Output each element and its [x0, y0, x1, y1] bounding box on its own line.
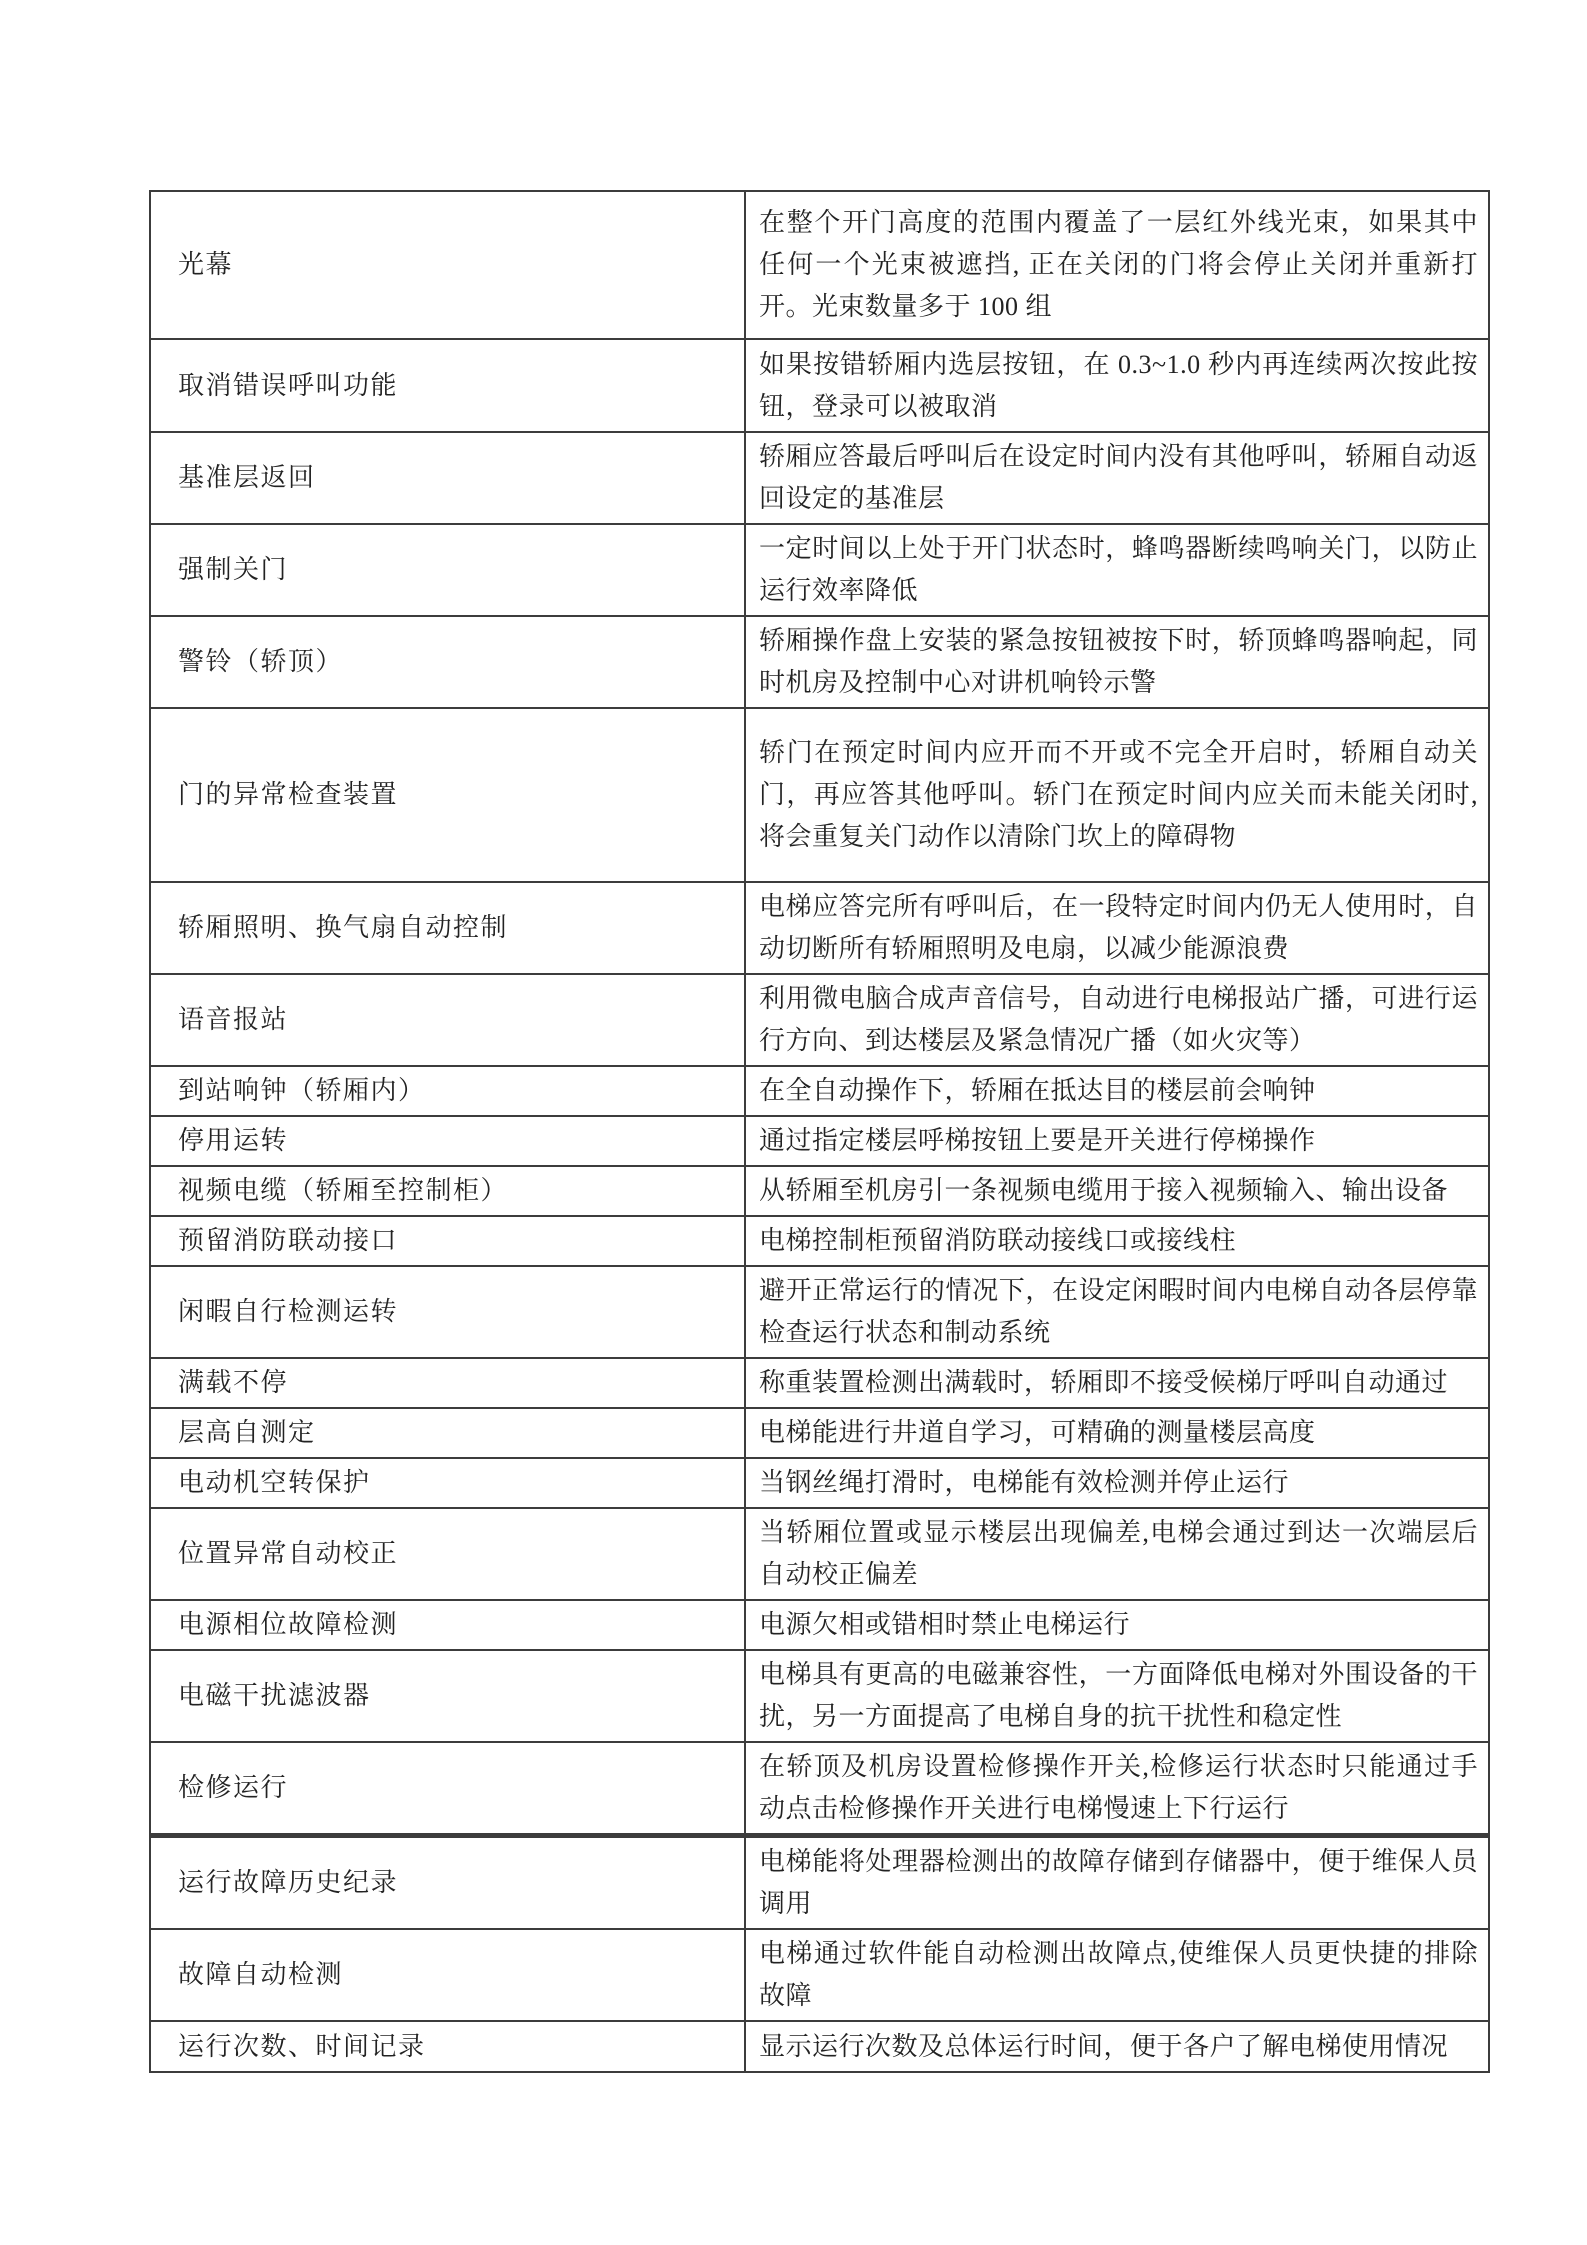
- feature-name-cell: 故障自动检测: [150, 1929, 745, 2021]
- table-row: 层高自测定电梯能进行井道自学习，可精确的测量楼层高度: [150, 1408, 1489, 1458]
- feature-description-cell: 如果按错轿厢内选层按钮，在 0.3~1.0 秒内再连续两次按此按钮，登录可以被取…: [745, 339, 1489, 432]
- feature-description-cell: 从轿厢至机房引一条视频电缆用于接入视频输入、输出设备: [745, 1166, 1489, 1216]
- feature-description-cell: 一定时间以上处于开门状态时，蜂鸣器断续鸣响关门，以防止运行效率降低: [745, 524, 1489, 616]
- table-row: 电源相位故障检测电源欠相或错相时禁止电梯运行: [150, 1600, 1489, 1650]
- feature-name-cell: 语音报站: [150, 974, 745, 1066]
- feature-name-cell: 门的异常检查装置: [150, 708, 745, 882]
- feature-name-cell: 轿厢照明、换气扇自动控制: [150, 882, 745, 974]
- table-row: 轿厢照明、换气扇自动控制电梯应答完所有呼叫后，在一段特定时间内仍无人使用时，自动…: [150, 882, 1489, 974]
- feature-description-cell: 避开正常运行的情况下，在设定闲暇时间内电梯自动各层停靠检查运行状态和制动系统: [745, 1266, 1489, 1358]
- feature-name-cell: 检修运行: [150, 1742, 745, 1836]
- feature-description-cell: 在全自动操作下，轿厢在抵达目的楼层前会响钟: [745, 1066, 1489, 1116]
- feature-name-cell: 电动机空转保护: [150, 1458, 745, 1508]
- feature-description-cell: 电梯通过软件能自动检测出故障点,使维保人员更快捷的排除故障: [745, 1929, 1489, 2021]
- feature-name-cell: 电磁干扰滤波器: [150, 1650, 745, 1742]
- feature-name-cell: 到站响钟（轿厢内）: [150, 1066, 745, 1116]
- feature-name-cell: 警铃（轿顶）: [150, 616, 745, 708]
- table-row: 运行故障历史纪录电梯能将处理器检测出的故障存储到存储器中，便于维保人员调用: [150, 1836, 1489, 1930]
- feature-name-cell: 满载不停: [150, 1358, 745, 1408]
- feature-description-cell: 利用微电脑合成声音信号，自动进行电梯报站广播，可进行运行方向、到达楼层及紧急情况…: [745, 974, 1489, 1066]
- table-row: 到站响钟（轿厢内）在全自动操作下，轿厢在抵达目的楼层前会响钟: [150, 1066, 1489, 1116]
- table-row: 基准层返回轿厢应答最后呼叫后在设定时间内没有其他呼叫，轿厢自动返回设定的基准层: [150, 432, 1489, 524]
- feature-description-cell: 轿厢应答最后呼叫后在设定时间内没有其他呼叫，轿厢自动返回设定的基准层: [745, 432, 1489, 524]
- feature-description-cell: 在整个开门高度的范围内覆盖了一层红外线光束，如果其中 任何一个光束被遮挡, 正在…: [745, 191, 1489, 339]
- document-page: 光幕在整个开门高度的范围内覆盖了一层红外线光束，如果其中 任何一个光束被遮挡, …: [0, 0, 1587, 2245]
- feature-name-cell: 光幕: [150, 191, 745, 339]
- feature-description-cell: 电梯具有更高的电磁兼容性，一方面降低电梯对外围设备的干扰，另一方面提高了电梯自身…: [745, 1650, 1489, 1742]
- feature-name-cell: 层高自测定: [150, 1408, 745, 1458]
- feature-description-cell: 电梯能进行井道自学习，可精确的测量楼层高度: [745, 1408, 1489, 1458]
- table-row: 故障自动检测电梯通过软件能自动检测出故障点,使维保人员更快捷的排除故障: [150, 1929, 1489, 2021]
- feature-description-cell: 当钢丝绳打滑时，电梯能有效检测并停止运行: [745, 1458, 1489, 1508]
- feature-description-cell: 轿厢操作盘上安装的紧急按钮被按下时，轿顶蜂鸣器响起，同时机房及控制中心对讲机响铃…: [745, 616, 1489, 708]
- table-row: 电磁干扰滤波器电梯具有更高的电磁兼容性，一方面降低电梯对外围设备的干扰，另一方面…: [150, 1650, 1489, 1742]
- feature-description-cell: 称重装置检测出满载时，轿厢即不接受候梯厅呼叫自动通过: [745, 1358, 1489, 1408]
- table-row: 光幕在整个开门高度的范围内覆盖了一层红外线光束，如果其中 任何一个光束被遮挡, …: [150, 191, 1489, 339]
- feature-description-cell: 在轿顶及机房设置检修操作开关,检修运行状态时只能通过手动点击检修操作开关进行电梯…: [745, 1742, 1489, 1836]
- table-row: 取消错误呼叫功能如果按错轿厢内选层按钮，在 0.3~1.0 秒内再连续两次按此按…: [150, 339, 1489, 432]
- feature-name-cell: 预留消防联动接口: [150, 1216, 745, 1266]
- table-row: 停用运转通过指定楼层呼梯按钮上要是开关进行停梯操作: [150, 1116, 1489, 1166]
- feature-description-cell: 轿门在预定时间内应开而不开或不完全开启时，轿厢自动关门，再应答其他呼叫。轿门在预…: [745, 708, 1489, 882]
- feature-description-cell: 电梯控制柜预留消防联动接线口或接线柱: [745, 1216, 1489, 1266]
- table-row: 预留消防联动接口电梯控制柜预留消防联动接线口或接线柱: [150, 1216, 1489, 1266]
- feature-name-cell: 基准层返回: [150, 432, 745, 524]
- table-row: 检修运行在轿顶及机房设置检修操作开关,检修运行状态时只能通过手动点击检修操作开关…: [150, 1742, 1489, 1836]
- feature-name-cell: 强制关门: [150, 524, 745, 616]
- table-row: 语音报站利用微电脑合成声音信号，自动进行电梯报站广播，可进行运行方向、到达楼层及…: [150, 974, 1489, 1066]
- feature-description-cell: 电梯能将处理器检测出的故障存储到存储器中，便于维保人员调用: [745, 1836, 1489, 1930]
- table-row: 门的异常检查装置轿门在预定时间内应开而不开或不完全开启时，轿厢自动关门，再应答其…: [150, 708, 1489, 882]
- table-row: 闲暇自行检测运转避开正常运行的情况下，在设定闲暇时间内电梯自动各层停靠检查运行状…: [150, 1266, 1489, 1358]
- feature-name-cell: 停用运转: [150, 1116, 745, 1166]
- feature-description-cell: 通过指定楼层呼梯按钮上要是开关进行停梯操作: [745, 1116, 1489, 1166]
- feature-name-cell: 视频电缆（轿厢至控制柜）: [150, 1166, 745, 1216]
- feature-description-cell: 当轿厢位置或显示楼层出现偏差,电梯会通过到达一次端层后自动校正偏差: [745, 1508, 1489, 1600]
- feature-table-body: 光幕在整个开门高度的范围内覆盖了一层红外线光束，如果其中 任何一个光束被遮挡, …: [150, 191, 1489, 2072]
- feature-name-cell: 运行故障历史纪录: [150, 1836, 745, 1930]
- table-row: 视频电缆（轿厢至控制柜）从轿厢至机房引一条视频电缆用于接入视频输入、输出设备: [150, 1166, 1489, 1216]
- table-row: 运行次数、时间记录显示运行次数及总体运行时间，便于各户了解电梯使用情况: [150, 2021, 1489, 2072]
- feature-name-cell: 位置异常自动校正: [150, 1508, 745, 1600]
- feature-name-cell: 电源相位故障检测: [150, 1600, 745, 1650]
- elevator-feature-table: 光幕在整个开门高度的范围内覆盖了一层红外线光束，如果其中 任何一个光束被遮挡, …: [149, 190, 1490, 2073]
- feature-name-cell: 取消错误呼叫功能: [150, 339, 745, 432]
- table-row: 位置异常自动校正当轿厢位置或显示楼层出现偏差,电梯会通过到达一次端层后自动校正偏…: [150, 1508, 1489, 1600]
- feature-description-cell: 电源欠相或错相时禁止电梯运行: [745, 1600, 1489, 1650]
- feature-description-cell: 显示运行次数及总体运行时间，便于各户了解电梯使用情况: [745, 2021, 1489, 2072]
- table-row: 满载不停称重装置检测出满载时，轿厢即不接受候梯厅呼叫自动通过: [150, 1358, 1489, 1408]
- table-row: 强制关门一定时间以上处于开门状态时，蜂鸣器断续鸣响关门，以防止运行效率降低: [150, 524, 1489, 616]
- table-row: 电动机空转保护当钢丝绳打滑时，电梯能有效检测并停止运行: [150, 1458, 1489, 1508]
- feature-name-cell: 闲暇自行检测运转: [150, 1266, 745, 1358]
- feature-name-cell: 运行次数、时间记录: [150, 2021, 745, 2072]
- feature-description-cell: 电梯应答完所有呼叫后，在一段特定时间内仍无人使用时，自动切断所有轿厢照明及电扇，…: [745, 882, 1489, 974]
- table-row: 警铃（轿顶）轿厢操作盘上安装的紧急按钮被按下时，轿顶蜂鸣器响起，同时机房及控制中…: [150, 616, 1489, 708]
